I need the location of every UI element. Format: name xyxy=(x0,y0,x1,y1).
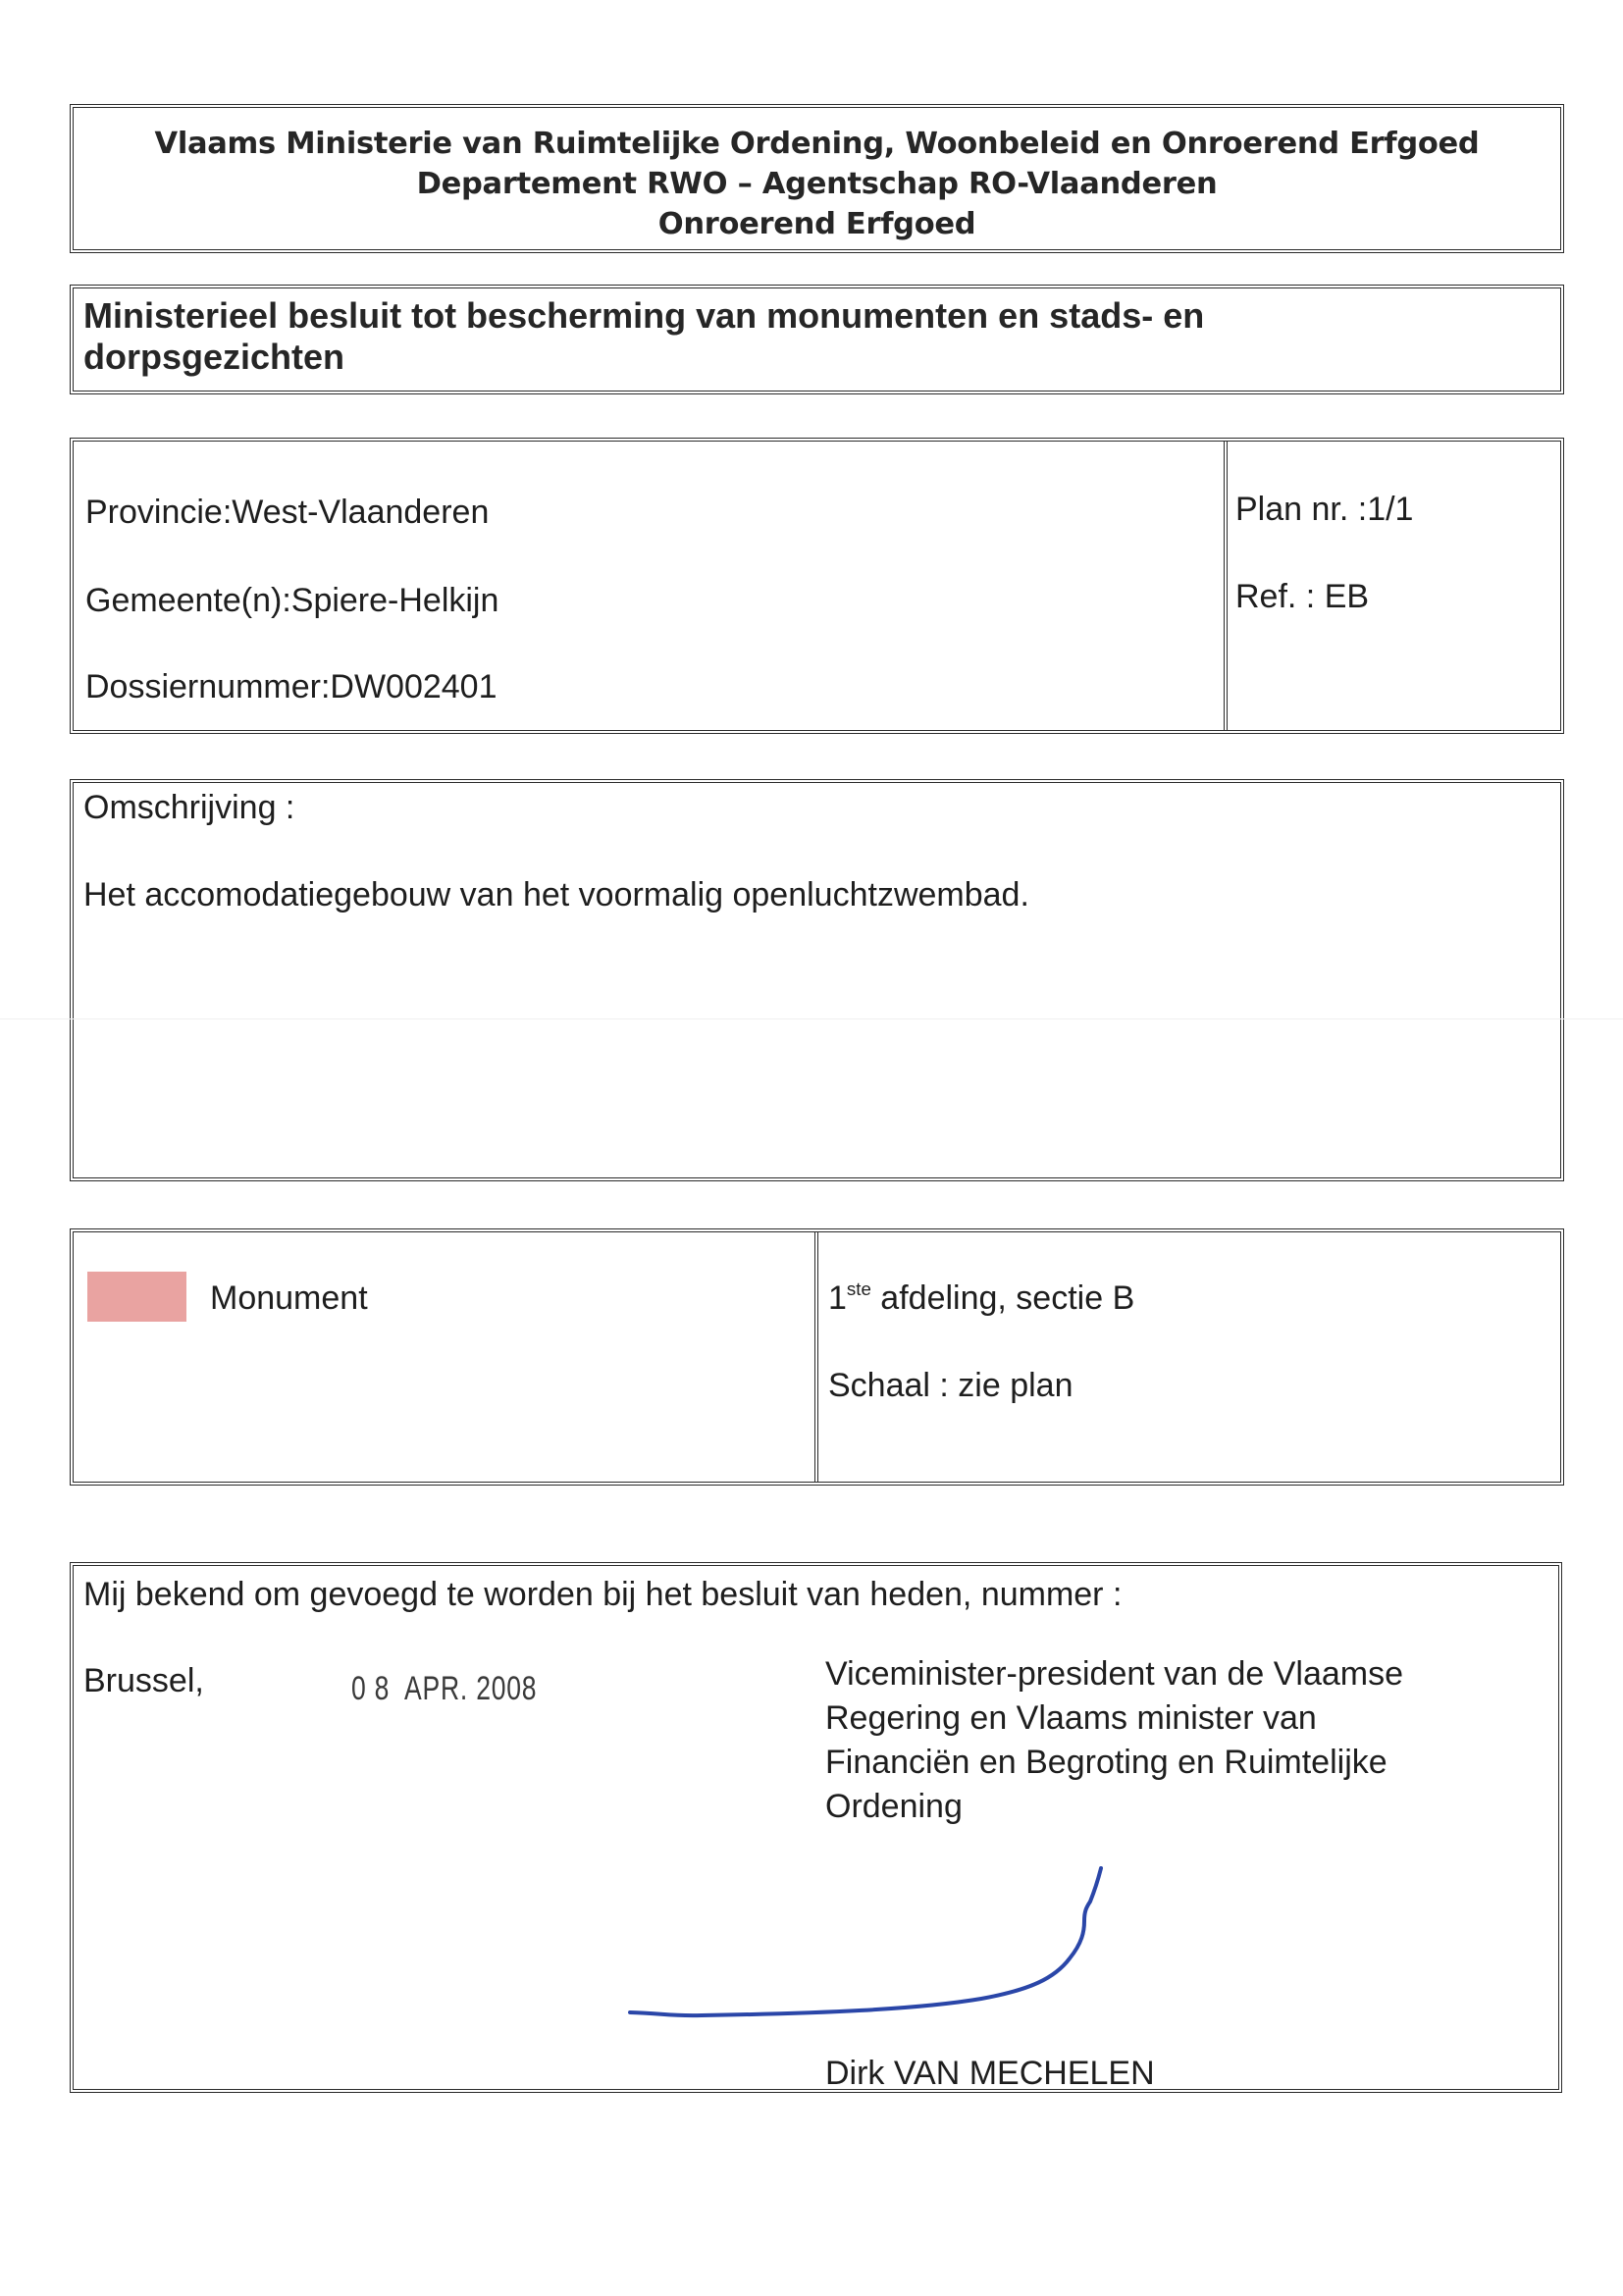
ministry-header-box: Vlaams Ministerie van Ruimtelijke Ordeni… xyxy=(70,104,1564,253)
afdeling-ordinal-suffix: ste xyxy=(847,1278,871,1299)
afdeling-section: afdeling, sectie B xyxy=(871,1279,1134,1317)
description-label: Omschrijving : xyxy=(83,791,294,824)
agency-name: Onroerend Erfgoed xyxy=(74,210,1560,240)
decree-title-box: Ministerieel besluit tot bescherming van… xyxy=(70,285,1564,394)
legend-box: Monument 1ste afdeling, sectie B Schaal … xyxy=(70,1228,1564,1486)
afdeling-field: 1ste afdeling, sectie B xyxy=(828,1281,1134,1315)
department-name: Departement RWO – Agentschap RO-Vlaander… xyxy=(74,170,1560,200)
description-text: Het accomodatiegebouw van het voormalig … xyxy=(83,878,1029,912)
provincie-field: Provincie:West-Vlaanderen xyxy=(85,496,489,529)
decree-title-line-2: dorpsgezichten xyxy=(83,339,344,375)
schaal-field: Schaal : zie plan xyxy=(828,1369,1073,1402)
monument-color-swatch xyxy=(87,1272,186,1322)
afdeling-number: 1 xyxy=(828,1279,847,1317)
location-info-box: Provincie:West-Vlaanderen Gemeente(n):Sp… xyxy=(70,438,1564,734)
description-box: Omschrijving : Het accomodatiegebouw van… xyxy=(70,779,1564,1181)
plan-number-field: Plan nr. :1/1 xyxy=(1235,493,1413,526)
signatory-name: Dirk VAN MECHELEN xyxy=(825,2057,1155,2090)
decree-title-line-1: Ministerieel besluit tot bescherming van… xyxy=(83,298,1204,334)
signature-box: Mij bekend om gevoegd te worden bij het … xyxy=(70,1562,1562,2093)
reference-field: Ref. : EB xyxy=(1235,580,1369,613)
gemeente-field: Gemeente(n):Spiere-Helkijn xyxy=(85,584,498,617)
monument-label: Monument xyxy=(210,1281,368,1315)
dossiernummer-field: Dossiernummer:DW002401 xyxy=(85,670,497,704)
info-column-divider xyxy=(1224,442,1228,730)
legend-column-divider xyxy=(814,1232,818,1482)
ministry-name: Vlaams Ministerie van Ruimtelijke Ordeni… xyxy=(74,130,1560,160)
scan-artifact-line xyxy=(0,1018,1623,1019)
handwritten-signature xyxy=(74,1566,1566,2097)
